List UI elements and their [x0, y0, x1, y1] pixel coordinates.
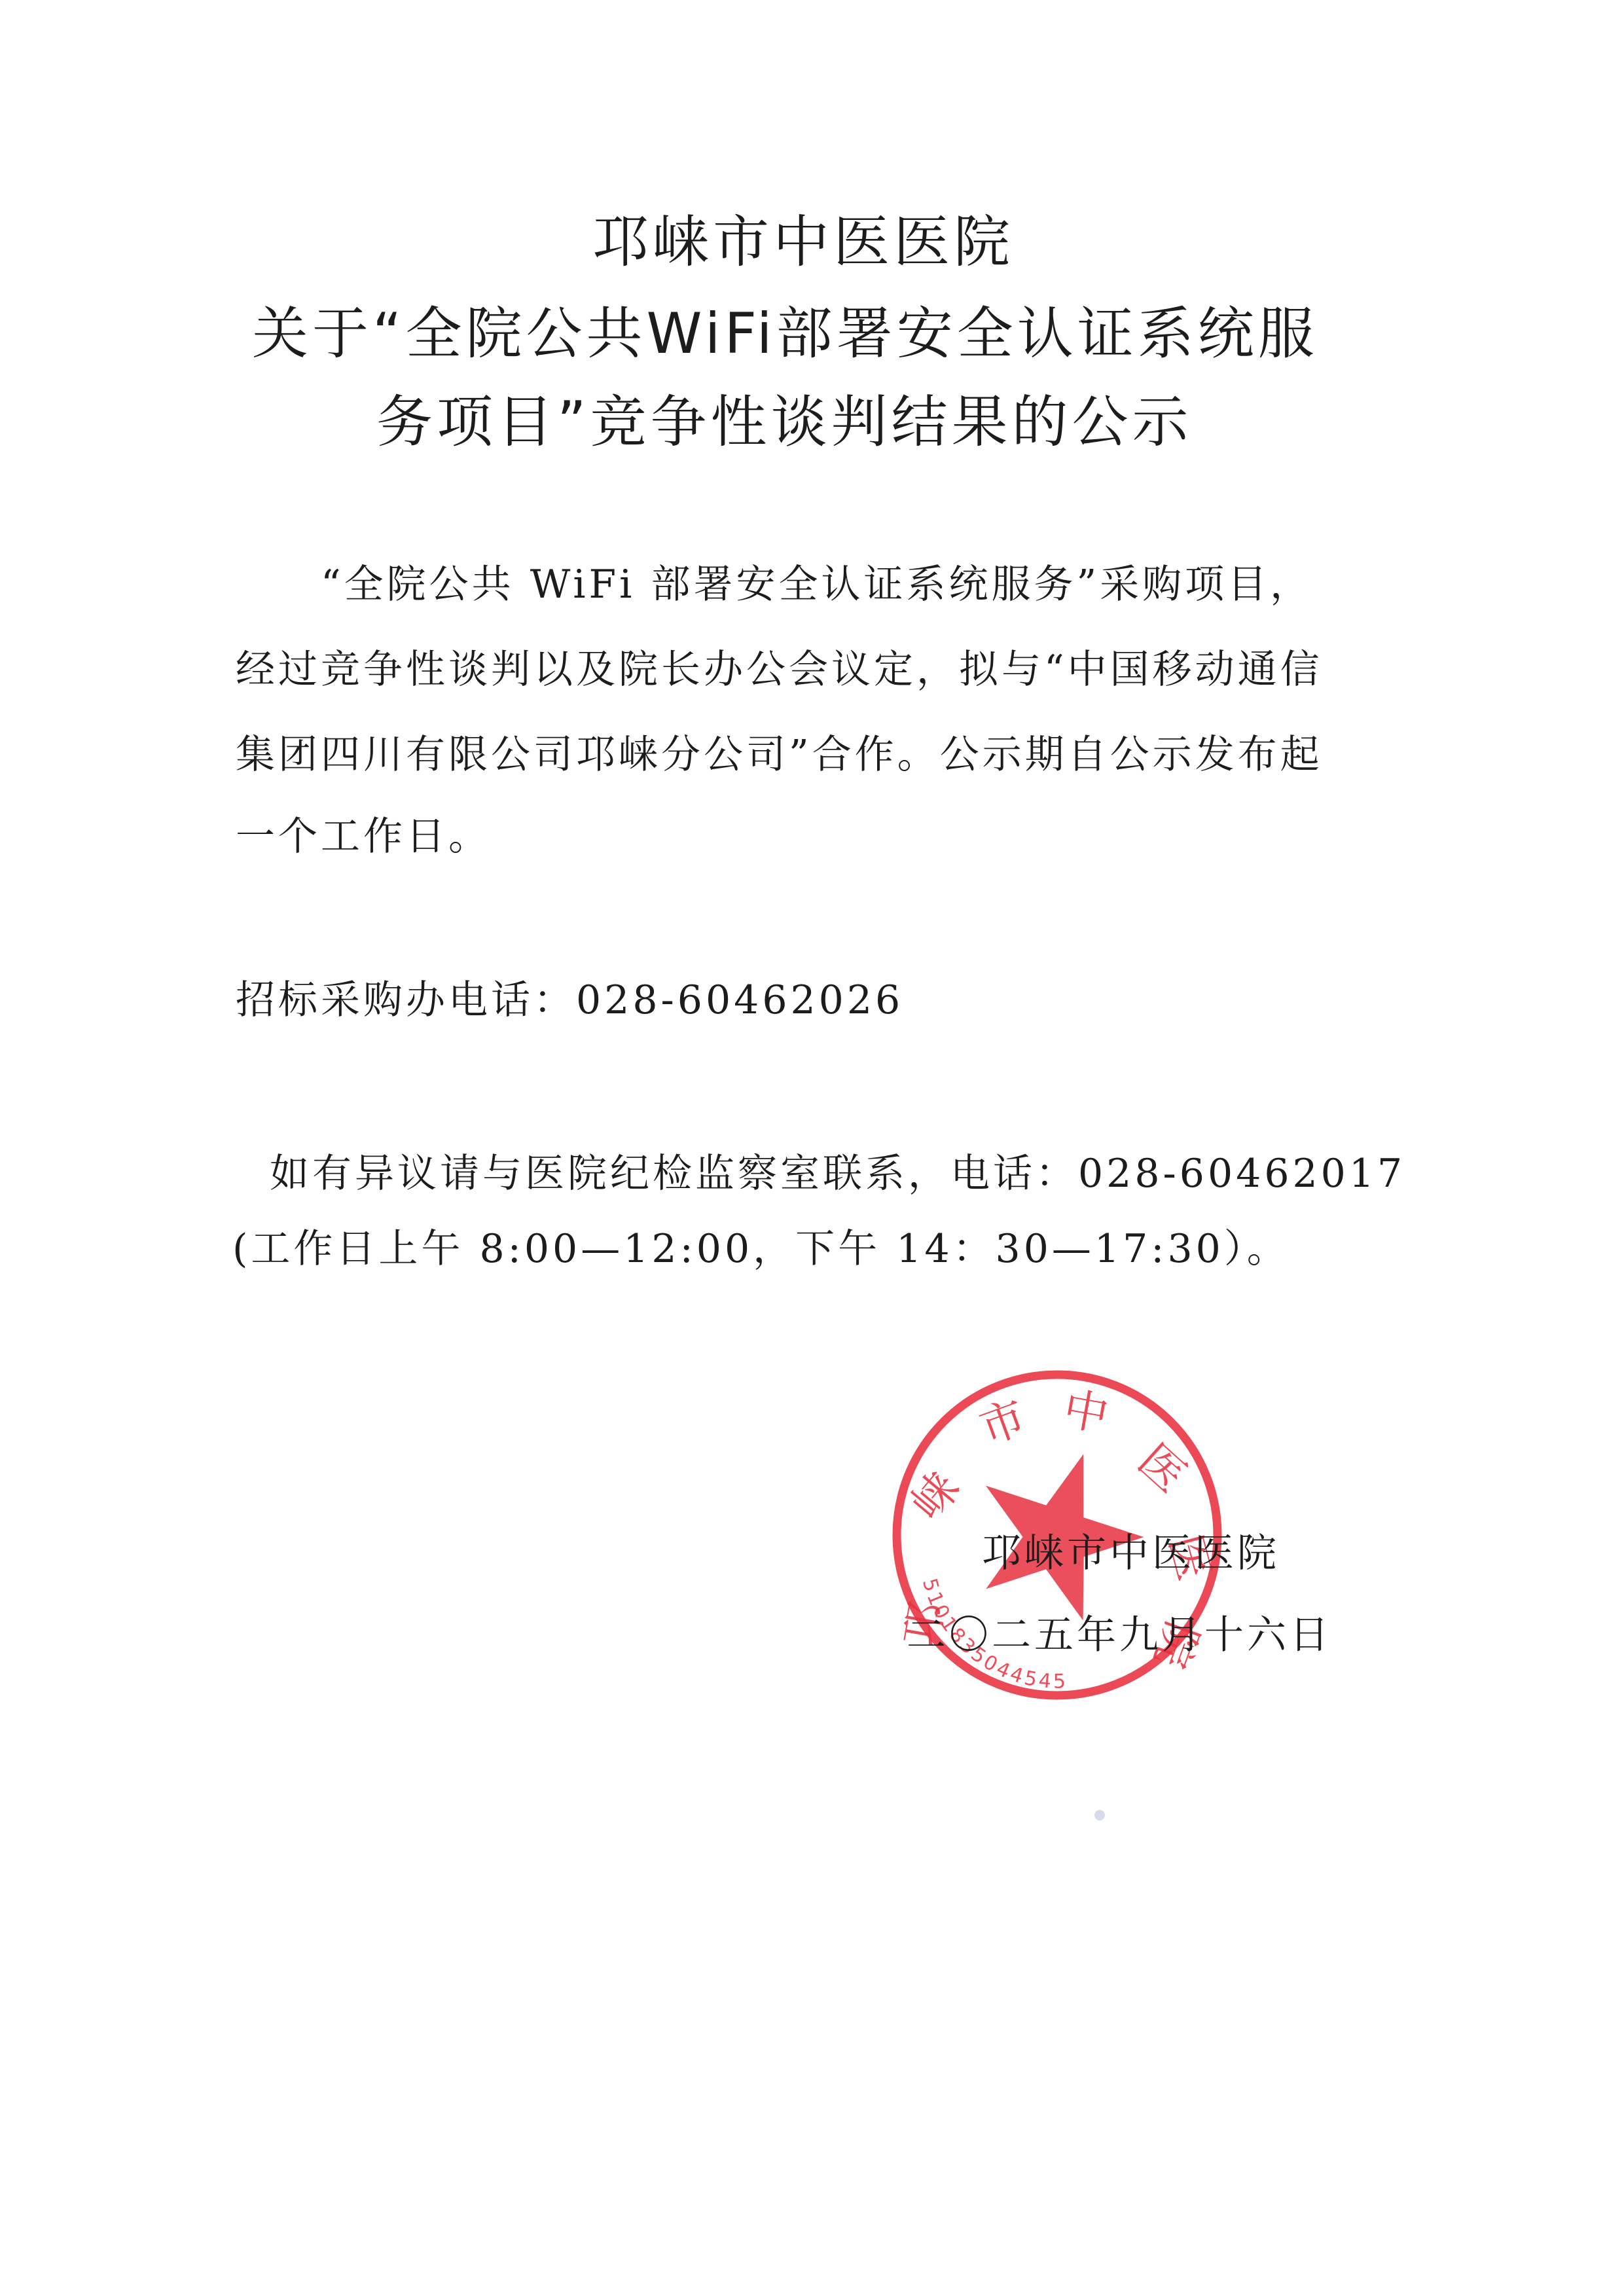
procurement-phone: 招标采购办电话：028-60462026	[236, 969, 903, 1025]
document-title-line-3: 务项目”竞争性谈判结果的公示	[376, 376, 1193, 458]
document-title-line-2: 关于“全院公共WiFi部署安全认证系统服	[252, 288, 1318, 369]
scan-speck	[1094, 1810, 1105, 1820]
objection-contact-line-1: 如有异议请与医院纪检监察室联系，电话：028-60462017	[270, 1142, 1405, 1199]
body-paragraph-line-1: “全院公共 WiFi 部署安全认证系统服务”采购项目，	[321, 553, 1312, 609]
signature-organization: 邛崃市中医医院	[982, 1522, 1280, 1578]
svg-text:市: 市	[973, 1391, 1033, 1455]
objection-contact-line-2: (工作日上午 8:00—12:00，下午 14：30—17:30）。	[232, 1218, 1290, 1274]
svg-text:中: 中	[1060, 1383, 1113, 1442]
body-paragraph-line-4: 一个工作日。	[236, 805, 491, 861]
body-paragraph-line-2: 经过竞争性谈判以及院长办公会议定，拟与“中国移动通信	[236, 638, 1323, 695]
signature-date: 二〇二五年九月十六日	[907, 1604, 1332, 1660]
body-paragraph-line-3: 集团四川有限公司邛崃分公司”合作。公示期自公示发布起	[236, 723, 1323, 780]
document-title-line-1: 邛崃市中医医院	[592, 196, 1014, 278]
